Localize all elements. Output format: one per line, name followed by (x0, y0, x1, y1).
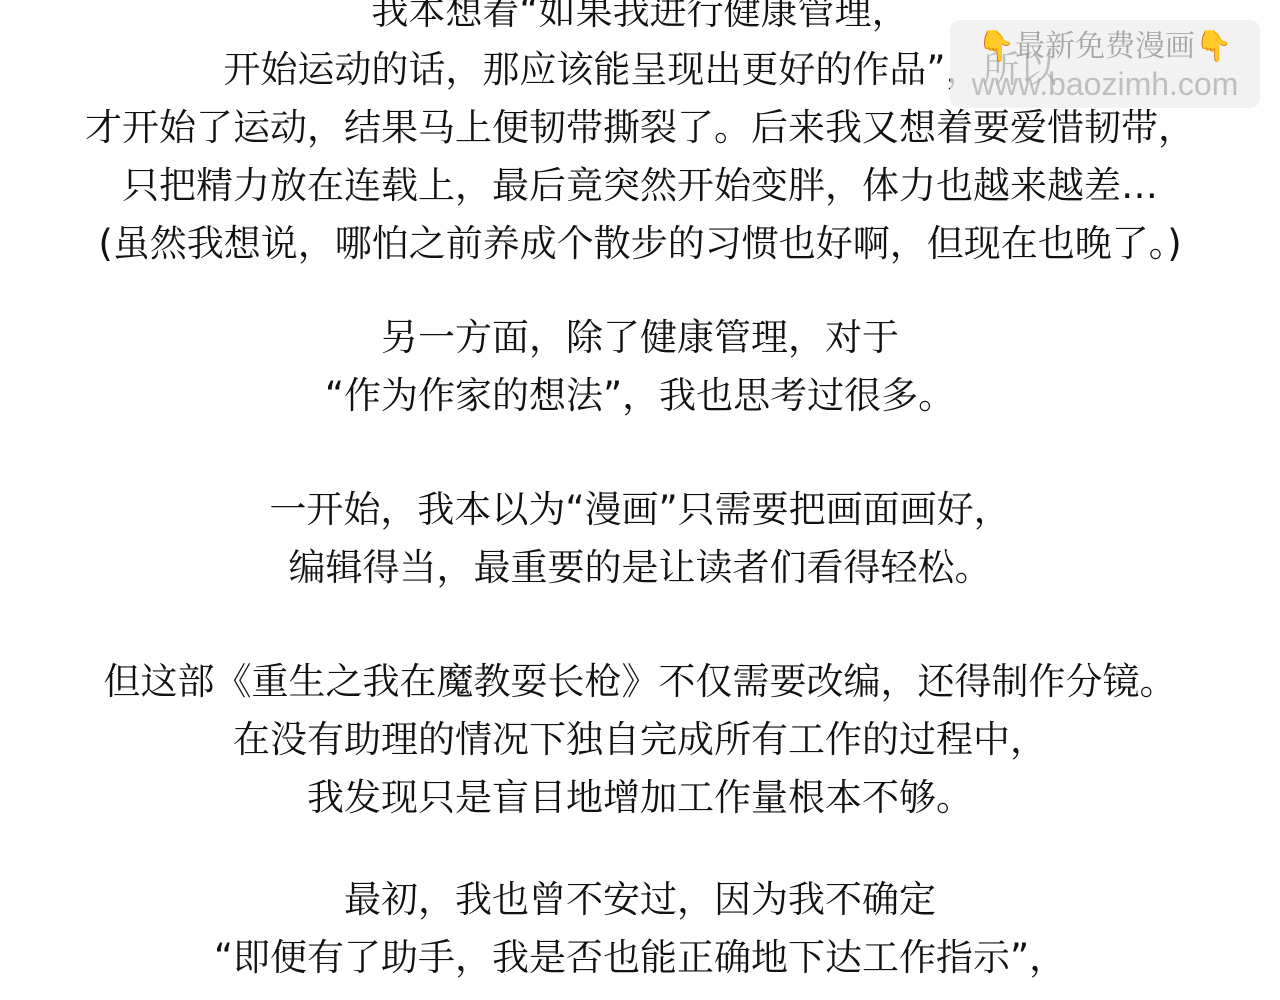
text-line: (虽然我想说，哪怕之前养成个散步的习惯也好啊，但现在也晚了。) (0, 222, 1280, 266)
watermark-domain: www.baozimh.com (950, 66, 1260, 102)
text-line: 但这部《重生之我在魔教耍长枪》不仅需要改编，还得制作分镜。 (0, 660, 1280, 704)
text-line: “作为作家的想法”，我也思考过很多。 (0, 374, 1280, 418)
text-line: 在没有助理的情况下独自完成所有工作的过程中， (0, 718, 1280, 762)
watermark-label: 最新免费漫画 (1015, 29, 1195, 64)
pointing-down-icon: 👇 (978, 29, 1015, 64)
text-line: “即便有了助手，我是否也能正确地下达工作指示”， (0, 936, 1280, 980)
text-line: 才开始了运动，结果马上便韧带撕裂了。后来我又想着要爱惜韧带， (0, 106, 1280, 150)
text-line: 最初，我也曾不安过，因为我不确定 (0, 878, 1280, 922)
site-watermark[interactable]: 👇最新免费漫画👇 www.baozimh.com (950, 20, 1260, 108)
text-line: 另一方面，除了健康管理，对于 (0, 316, 1280, 360)
watermark-label-row: 👇最新免费漫画👇 (950, 28, 1260, 66)
text-line: 编辑得当，最重要的是让读者们看得轻松。 (0, 546, 1280, 590)
comic-page: 我本想着“如果我进行健康管理， 开始运动的话，那应该能呈现出更好的作品”，所以 … (0, 0, 1280, 1000)
pointing-down-icon: 👇 (1195, 29, 1232, 64)
text-line: 一开始，我本以为“漫画”只需要把画面画好， (0, 488, 1280, 532)
text-line: 只把精力放在连载上，最后竟突然开始变胖，体力也越来越差… (0, 164, 1280, 208)
text-line: 我发现只是盲目地增加工作量根本不够。 (0, 776, 1280, 820)
